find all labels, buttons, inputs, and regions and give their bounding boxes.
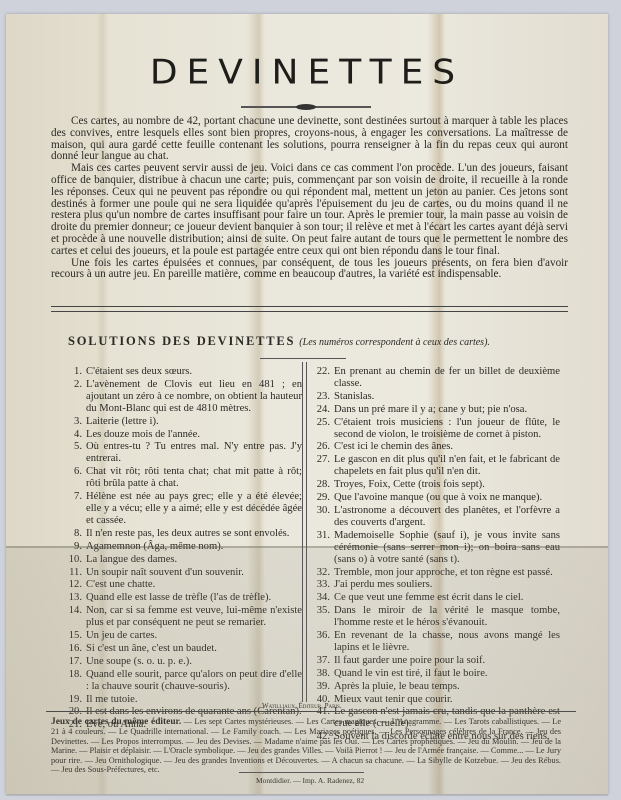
solution-text: La langue des dames.	[86, 554, 302, 566]
solutions-rule	[260, 358, 346, 359]
solution-item: 4.Les douze mois de l'année.	[62, 429, 302, 441]
document-sheet: DEVINETTES Ces cartes, au nombre de 42, …	[6, 14, 608, 794]
paper-fold	[6, 546, 608, 548]
footer-lead: Jeux de cartes du même éditeur.	[51, 717, 181, 727]
solution-item: 29.Que l'avoine manque (ou que à voix ne…	[310, 492, 560, 504]
solution-text: En revenant de la chasse, nous avons man…	[334, 630, 560, 654]
solution-number: 26.	[310, 441, 334, 453]
solution-number: 35.	[310, 605, 334, 629]
column-divider	[302, 362, 307, 702]
solution-item: 11.Un soupir naît souvent d'un souvenir.	[62, 567, 302, 579]
solution-number: 30.	[310, 505, 334, 529]
solution-text: Quand elle est lasse de trèfle (l'as de …	[86, 592, 302, 604]
solution-text: Hélène est née au pays grec; elle y a ét…	[86, 491, 302, 527]
solution-number: 19.	[62, 694, 86, 706]
solution-text: Le gascon en dit plus qu'il n'en fait, e…	[334, 454, 560, 478]
solution-item: 3.Laiterie (lettre i).	[62, 416, 302, 428]
solution-item: 32.Tremble, mon jour approche, et ton rè…	[310, 567, 560, 579]
solution-item: 8.Il n'en reste pas, les deux autres se …	[62, 528, 302, 540]
solutions-left-column: 1.C'étaient ses deux sœurs.2.L'avènement…	[62, 366, 302, 732]
solution-text: Laiterie (lettre i).	[86, 416, 302, 428]
solution-number: 13.	[62, 592, 86, 604]
solution-number: 12.	[62, 579, 86, 591]
solution-item: 34.Ce que veut une femme est écrit dans …	[310, 592, 560, 604]
solution-item: 18.Quand elle sourit, parce qu'alors on …	[62, 669, 302, 693]
intro-paragraph: Une fois les cartes épuisées et connues,…	[51, 258, 568, 282]
solutions-title: SOLUTIONS DES DEVINETTES	[68, 334, 295, 348]
solution-text: C'étaient ses deux sœurs.	[86, 366, 302, 378]
intro-paragraph: Mais ces cartes peuvent servir aussi de …	[51, 163, 568, 257]
solution-number: 6.	[62, 466, 86, 490]
solution-number: 27.	[310, 454, 334, 478]
intro-paragraph: Ces cartes, au nombre de 42, portant cha…	[51, 116, 568, 163]
solution-item: 24.Dans un pré mare il y a; cane y but; …	[310, 404, 560, 416]
solution-text: Mieux vaut tenir que courir.	[334, 694, 560, 706]
solution-item: 23.Stanislas.	[310, 391, 560, 403]
solution-number: 38.	[310, 668, 334, 680]
solution-number: 39.	[310, 681, 334, 693]
solution-item: 30.L'astronome a découvert des planètes,…	[310, 505, 560, 529]
solution-number: 37.	[310, 655, 334, 667]
imprint: Montdidier. — Imp. A. Radenez, 82	[256, 776, 364, 785]
solution-item: 37.Il faut garder une poire pour la soif…	[310, 655, 560, 667]
solution-text: L'avènement de Clovis eut lieu en 481 ; …	[86, 379, 302, 415]
solution-item: 6.Chat vit rôt; rôti tenta chat; chat mi…	[62, 466, 302, 490]
solution-text: Quand elle sourit, parce qu'alors on peu…	[86, 669, 302, 693]
solution-text: Après la pluie, le beau temps.	[334, 681, 560, 693]
solution-text: Si c'est un âne, c'est un baudet.	[86, 643, 302, 655]
solution-text: Dans le miroir de la vérité le masque to…	[334, 605, 560, 629]
solution-item: 25.C'étaient trois musiciens : l'un joue…	[310, 417, 560, 441]
solution-item: 13.Quand elle est lasse de trèfle (l'as …	[62, 592, 302, 604]
solution-text: Un soupir naît souvent d'un souvenir.	[86, 567, 302, 579]
solution-item: 26.C'est ici le chemin des ânes.	[310, 441, 560, 453]
solution-number: 3.	[62, 416, 86, 428]
solution-number: 7.	[62, 491, 86, 527]
solution-text: Une soupe (s. o. u. p. e.).	[86, 656, 302, 668]
solution-number: 16.	[62, 643, 86, 655]
solution-text: Il n'en reste pas, les deux autres se so…	[86, 528, 302, 540]
solution-item: 28.Troyes, Foix, Cette (trois fois sept)…	[310, 479, 560, 491]
solution-text: L'astronome a découvert des planètes, et…	[334, 505, 560, 529]
solution-text: Un jeu de cartes.	[86, 630, 302, 642]
title-ornament	[241, 106, 371, 108]
solution-number: 28.	[310, 479, 334, 491]
solution-text: Que l'avoine manque (ou que à voix ne ma…	[334, 492, 560, 504]
solution-number: 4.	[62, 429, 86, 441]
solution-item: 22.En prenant au chemin de fer un billet…	[310, 366, 560, 390]
solution-item: 12.C'est une chatte.	[62, 579, 302, 591]
solution-item: 10.La langue des dames.	[62, 554, 302, 566]
solutions-right-column: 22.En prenant au chemin de fer un billet…	[310, 366, 560, 744]
solutions-heading: SOLUTIONS DES DEVINETTES (Les numéros co…	[68, 332, 588, 350]
solution-number: 2.	[62, 379, 86, 415]
solution-item: 40.Mieux vaut tenir que courir.	[310, 694, 560, 706]
solution-item: 15.Un jeu de cartes.	[62, 630, 302, 642]
solution-number: 29.	[310, 492, 334, 504]
solution-number: 24.	[310, 404, 334, 416]
solution-text: J'ai perdu mes souliers.	[334, 579, 560, 591]
solution-text: Ce que veut une femme est écrit dans le …	[334, 592, 560, 604]
solution-number: 17.	[62, 656, 86, 668]
solution-text: C'est ici le chemin des ânes.	[334, 441, 560, 453]
section-divider	[51, 306, 568, 312]
solution-number: 32.	[310, 567, 334, 579]
solution-item: 7.Hélène est née au pays grec; elle y a …	[62, 491, 302, 527]
solutions-note: (Les numéros correspondent à ceux des ca…	[299, 337, 490, 348]
publisher-credit: Watilliaux, Éditeur, Paris.	[262, 702, 342, 710]
solution-text: Tremble, mon jour approche, et ton règne…	[334, 567, 560, 579]
solution-text: Chat vit rôt; rôti tenta chat; chat mit …	[86, 466, 302, 490]
solution-number: 8.	[62, 528, 86, 540]
solution-text: Les douze mois de l'année.	[86, 429, 302, 441]
solution-item: 36.En revenant de la chasse, nous avons …	[310, 630, 560, 654]
solution-number: 10.	[62, 554, 86, 566]
solution-text: C'étaient trois musiciens : l'un joueur …	[334, 417, 560, 441]
solution-number: 33.	[310, 579, 334, 591]
solution-item: 33.J'ai perdu mes souliers.	[310, 579, 560, 591]
imprint-rule	[239, 772, 364, 773]
solution-number: 23.	[310, 391, 334, 403]
solution-number: 1.	[62, 366, 86, 378]
solution-number: 5.	[62, 441, 86, 465]
solution-text: Dans un pré mare il y a; cane y but; pie…	[334, 404, 560, 416]
solution-item: 27.Le gascon en dit plus qu'il n'en fait…	[310, 454, 560, 478]
solution-text: En prenant au chemin de fer un billet de…	[334, 366, 560, 390]
solution-item: 5.Où entres-tu ? Tu entres mal. N'y entr…	[62, 441, 302, 465]
solution-number: 25.	[310, 417, 334, 441]
solution-text: Stanislas.	[334, 391, 560, 403]
solution-item: 16.Si c'est un âne, c'est un baudet.	[62, 643, 302, 655]
solution-number: 34.	[310, 592, 334, 604]
solution-number: 11.	[62, 567, 86, 579]
footer-catalog: Jeux de cartes du même éditeur. — Les se…	[51, 717, 561, 774]
solution-text: Non, car si sa femme est veuve, lui-même…	[86, 605, 302, 629]
solution-item: 2.L'avènement de Clovis eut lieu en 481 …	[62, 379, 302, 415]
solution-item: 14.Non, car si sa femme est veuve, lui-m…	[62, 605, 302, 629]
solution-item: 35.Dans le miroir de la vérité le masque…	[310, 605, 560, 629]
solution-item: 17.Une soupe (s. o. u. p. e.).	[62, 656, 302, 668]
solution-text: Troyes, Foix, Cette (trois fois sept).	[334, 479, 560, 491]
document-title: DEVINETTES	[6, 53, 608, 92]
solution-text: C'est une chatte.	[86, 579, 302, 591]
solution-text: Quand le vin est tiré, il faut le boire.	[334, 668, 560, 680]
solution-item: 38.Quand le vin est tiré, il faut le boi…	[310, 668, 560, 680]
solution-number: 36.	[310, 630, 334, 654]
solution-number: 18.	[62, 669, 86, 693]
intro-text: Ces cartes, au nombre de 42, portant cha…	[51, 116, 568, 281]
solution-number: 22.	[310, 366, 334, 390]
solution-text: Il faut garder une poire pour la soif.	[334, 655, 560, 667]
solution-number: 14.	[62, 605, 86, 629]
footer-divider	[46, 711, 576, 712]
solution-item: 1.C'étaient ses deux sœurs.	[62, 366, 302, 378]
solution-number: 15.	[62, 630, 86, 642]
solution-item: 39.Après la pluie, le beau temps.	[310, 681, 560, 693]
solution-text: Où entres-tu ? Tu entres mal. N'y entre …	[86, 441, 302, 465]
